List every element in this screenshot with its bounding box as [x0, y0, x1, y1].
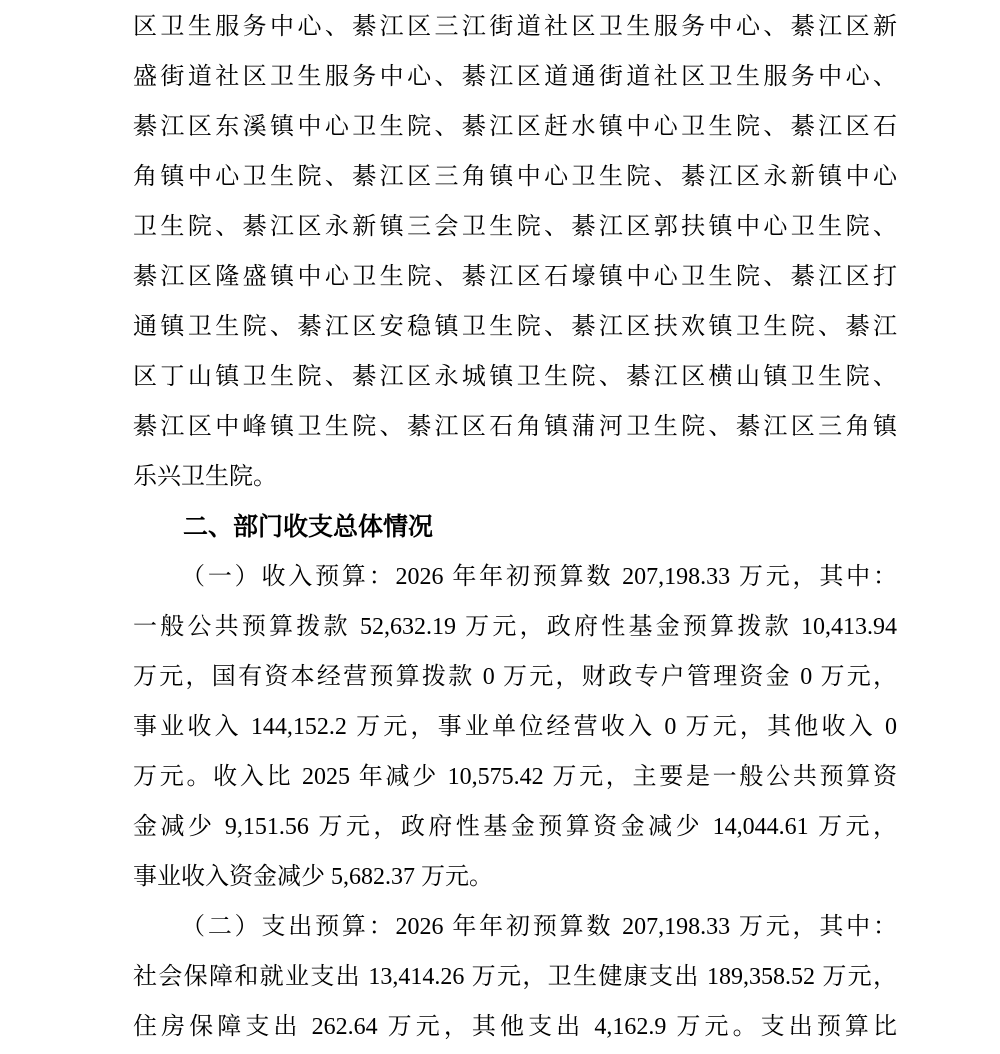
body-line: 万元。收入比 2025 年减少 10,575.42 万元，主要是一般公共预算资 — [133, 752, 897, 802]
income-paragraph: （一）收入预算：2026 年年初预算数 207,198.33 万元，其中： 一般… — [133, 552, 897, 902]
body-line: 事业收入 144,152.2 万元，事业单位经营收入 0 万元，其他收入 0 — [133, 702, 897, 752]
body-line: 一般公共预算拨款 52,632.19 万元，政府性基金预算拨款 10,413.9… — [133, 602, 897, 652]
document-page: 区卫生服务中心、綦江区三江街道社区卫生服务中心、綦江区新 盛街道社区卫生服务中心… — [0, 0, 1000, 1054]
body-line: 乐兴卫生院。 — [133, 452, 897, 502]
body-line: 事业收入资金减少 5,682.37 万元。 — [133, 852, 897, 902]
expenditure-paragraph: （二）支出预算：2026 年年初预算数 207,198.33 万元，其中： 社会… — [133, 902, 897, 1052]
body-line: 住房保障支出 262.64 万元，其他支出 4,162.9 万元。支出预算比 — [133, 1002, 897, 1052]
body-line: 角镇中心卫生院、綦江区三角镇中心卫生院、綦江区永新镇中心 — [133, 152, 897, 202]
body-line: 区卫生服务中心、綦江区三江街道社区卫生服务中心、綦江区新 — [133, 2, 897, 52]
body-line: 綦江区隆盛镇中心卫生院、綦江区石壕镇中心卫生院、綦江区打 — [133, 252, 897, 302]
body-line: （二）支出预算：2026 年年初预算数 207,198.33 万元，其中： — [133, 902, 897, 952]
body-line: 盛街道社区卫生服务中心、綦江区道通街道社区卫生服务中心、 — [133, 52, 897, 102]
org-list-paragraph: 区卫生服务中心、綦江区三江街道社区卫生服务中心、綦江区新 盛街道社区卫生服务中心… — [133, 2, 897, 502]
body-line: 社会保障和就业支出 13,414.26 万元，卫生健康支出 189,358.52… — [133, 952, 897, 1002]
body-line: 綦江区中峰镇卫生院、綦江区石角镇蒲河卫生院、綦江区三角镇 — [133, 402, 897, 452]
body-line: 万元，国有资本经营预算拨款 0 万元，财政专户管理资金 0 万元， — [133, 652, 897, 702]
section-heading: 二、部门收支总体情况 — [133, 502, 897, 552]
body-line: 金减少 9,151.56 万元，政府性基金预算资金减少 14,044.61 万元… — [133, 802, 897, 852]
body-line: 綦江区东溪镇中心卫生院、綦江区赶水镇中心卫生院、綦江区石 — [133, 102, 897, 152]
body-line: （一）收入预算：2026 年年初预算数 207,198.33 万元，其中： — [133, 552, 897, 602]
body-line: 卫生院、綦江区永新镇三会卫生院、綦江区郭扶镇中心卫生院、 — [133, 202, 897, 252]
body-line: 区丁山镇卫生院、綦江区永城镇卫生院、綦江区横山镇卫生院、 — [133, 352, 897, 402]
body-line: 通镇卫生院、綦江区安稳镇卫生院、綦江区扶欢镇卫生院、綦江 — [133, 302, 897, 352]
